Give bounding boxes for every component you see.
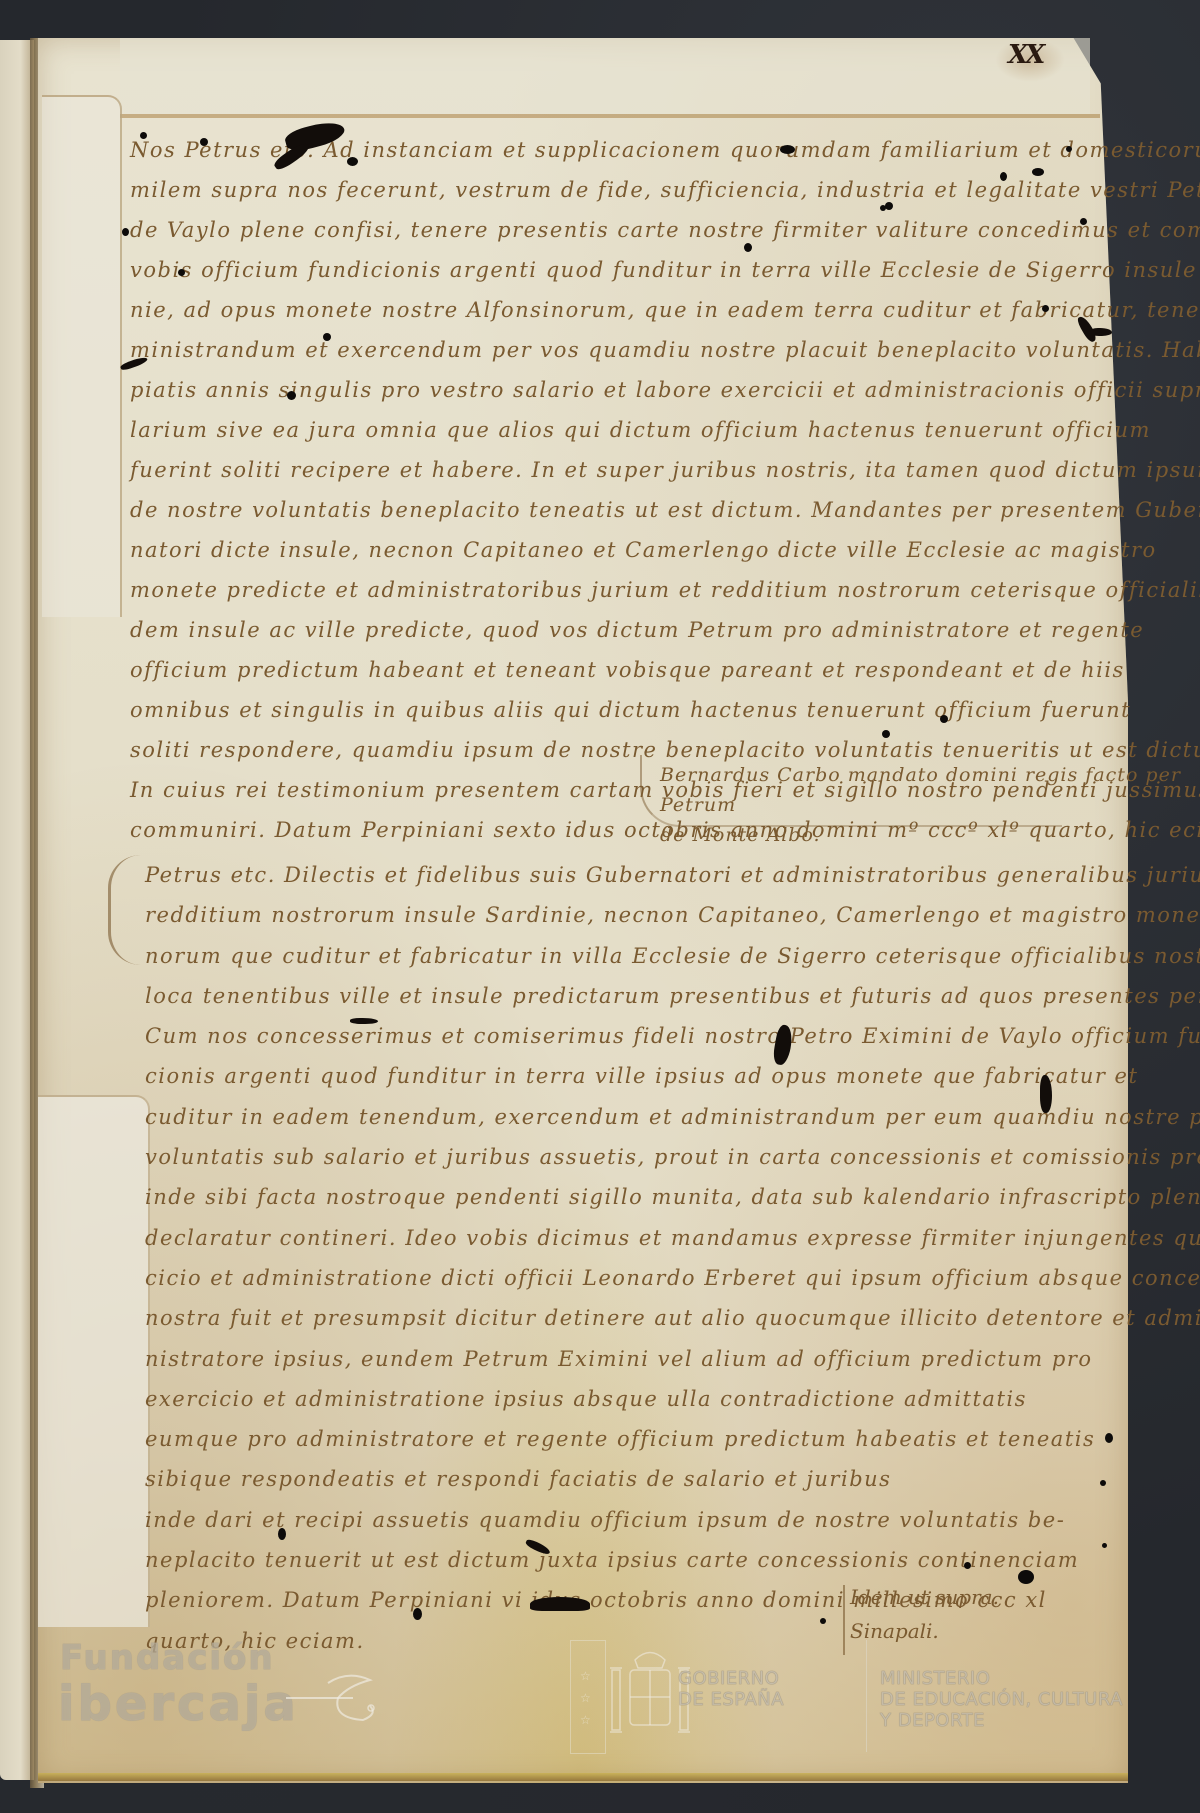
worm-hole xyxy=(278,1528,286,1540)
text-line: cicio et administratione dicti officii L… xyxy=(145,1258,1200,1298)
worm-hole xyxy=(178,269,185,276)
text-line: nistratore ipsius, eundem Petrum Eximini… xyxy=(145,1339,1200,1379)
paper-guard-upper xyxy=(42,95,122,617)
ministry-line: Y DEPORTE xyxy=(880,1710,1123,1731)
text-line: eumque pro administratore et regente off… xyxy=(145,1419,1200,1459)
text-line: redditium nostrorum insule Sardinie, nec… xyxy=(145,895,1200,935)
text-line: nostra fuit et presumpsit dicitur detine… xyxy=(145,1298,1200,1338)
ministry-line: MINISTERIO xyxy=(880,1668,1123,1689)
worm-hole xyxy=(323,333,331,341)
worm-hole xyxy=(200,138,208,146)
foundation-watermark-line1: Fundación xyxy=(60,1638,275,1678)
second-entry-text: Petrus etc. Dilectis et fidelibus suis G… xyxy=(145,855,1200,1661)
ink-blot xyxy=(350,1018,378,1024)
worm-hole xyxy=(1018,1570,1034,1584)
text-line: de nostre voluntatis beneplacito teneati… xyxy=(130,490,1200,530)
text-line: Cum nos concesserimus et comiserimus fid… xyxy=(145,1016,1200,1056)
ink-blot xyxy=(530,1597,590,1611)
text-line: neplacito tenuerit ut est dictum juxta i… xyxy=(145,1540,1200,1580)
worm-hole xyxy=(1100,1480,1106,1486)
text-line: piatis annis singulis pro vestro salario… xyxy=(130,370,1200,410)
worm-hole xyxy=(287,391,296,400)
text-line: larium sive ea jura omnia que alios qui … xyxy=(130,410,1200,450)
worm-hole xyxy=(964,1562,971,1569)
signature-line: Idem ut supra. xyxy=(850,1580,999,1614)
first-entry-text: Nos Petrus etc. Ad instanciam et supplic… xyxy=(130,130,1200,850)
ruled-top-line xyxy=(120,114,1100,118)
second-entry-signature: Idem ut supra. Sinapali. xyxy=(850,1580,999,1648)
ink-blot xyxy=(1090,328,1112,336)
text-line: sibique respondeatis et respondi faciati… xyxy=(145,1459,1200,1499)
text-line: milem supra nos fecerunt, vestrum de fid… xyxy=(130,170,1200,210)
worm-hole xyxy=(1080,218,1087,225)
text-line: natori dicte insule, necnon Capitaneo et… xyxy=(130,530,1200,570)
worm-hole xyxy=(882,730,890,738)
ibercaja-logo-icon xyxy=(278,1668,388,1728)
paper-guard-lower xyxy=(38,1095,150,1627)
worm-hole xyxy=(1102,1543,1107,1548)
text-line: norum que cuditur et fabricatur in villa… xyxy=(145,936,1200,976)
folio-bottom-edge-stain xyxy=(38,1773,1128,1781)
text-line: nie, ad opus monete nostre Alfonsinorum,… xyxy=(130,290,1200,330)
subscription-line: de Monte Albo. xyxy=(660,820,1200,850)
text-line: voluntatis sub salario et juribus assuet… xyxy=(145,1137,1200,1177)
worm-hole xyxy=(880,205,886,211)
ministry-line: DE EDUCACIÓN, CULTURA xyxy=(880,1689,1123,1710)
worm-hole xyxy=(122,228,129,236)
worm-hole xyxy=(780,145,795,154)
text-line: fuerint soliti recipere et habere. In et… xyxy=(130,450,1200,490)
text-line: inde dari et recipi assuetis quamdiu off… xyxy=(145,1500,1200,1540)
worm-hole xyxy=(1000,172,1007,181)
text-line: pleniorem. Datum Perpiniani vi idus octo… xyxy=(145,1580,1200,1620)
worm-hole xyxy=(1042,305,1049,312)
worm-hole xyxy=(140,132,147,139)
previous-folio-edge xyxy=(0,40,34,1780)
subscription-line: Bernardus Carbo mandato domini regis fac… xyxy=(660,760,1200,820)
text-line: Petrus etc. Dilectis et fidelibus suis G… xyxy=(145,855,1200,895)
text-line: exercicio et administratione ipsius absq… xyxy=(145,1379,1200,1419)
government-line: DE ESPAÑA xyxy=(678,1689,784,1710)
worm-hole xyxy=(1032,168,1044,176)
text-line: declaratur contineri. Ideo vobis dicimus… xyxy=(145,1218,1200,1258)
worm-hole xyxy=(744,243,752,252)
signature-line: Sinapali. xyxy=(850,1614,999,1648)
ministry-watermark: MINISTERIO DE EDUCACIÓN, CULTURA Y DEPOR… xyxy=(880,1668,1123,1731)
text-line: officium predictum habeant et teneant vo… xyxy=(130,650,1200,690)
text-line: omnibus et singulis in quibus aliis qui … xyxy=(130,690,1200,730)
foundation-watermark-line2: ibercaja xyxy=(58,1676,299,1732)
worm-hole xyxy=(1066,146,1072,152)
signature-bracket xyxy=(843,1585,849,1655)
first-entry-subscription: Bernardus Carbo mandato domini regis fac… xyxy=(660,760,1200,850)
text-line: monete predicte et administratoribus jur… xyxy=(130,570,1200,610)
worm-hole xyxy=(347,157,358,166)
top-margin-band xyxy=(120,38,1090,114)
text-line: de Vaylo plene confisi, tenere presentis… xyxy=(130,210,1200,250)
star-icon: ☆ xyxy=(580,1669,591,1683)
worm-hole xyxy=(413,1608,422,1620)
text-line: loca tenentibus ville et insule predicta… xyxy=(145,976,1200,1016)
text-line: dem insule ac ville predicte, quod vos d… xyxy=(130,610,1200,650)
text-line: inde sibi facta nostroque pendenti sigil… xyxy=(145,1177,1200,1217)
ink-blot xyxy=(1040,1075,1052,1113)
worm-hole xyxy=(1105,1433,1113,1443)
text-line: ministrandum et exercendum per vos quamd… xyxy=(130,330,1200,370)
watermark-divider xyxy=(866,1640,867,1752)
worm-hole xyxy=(940,715,948,723)
worm-hole xyxy=(820,1618,826,1624)
star-icon: ☆ xyxy=(580,1691,591,1705)
text-line: vobis officium fundicionis argenti quod … xyxy=(130,250,1200,290)
government-watermark: GOBIERNO DE ESPAÑA xyxy=(678,1668,784,1710)
worm-hole xyxy=(885,202,893,210)
second-entry-bracket xyxy=(108,855,141,965)
folio-number: XX xyxy=(1008,40,1042,70)
government-line: GOBIERNO xyxy=(678,1668,784,1689)
star-icon: ☆ xyxy=(580,1713,591,1727)
